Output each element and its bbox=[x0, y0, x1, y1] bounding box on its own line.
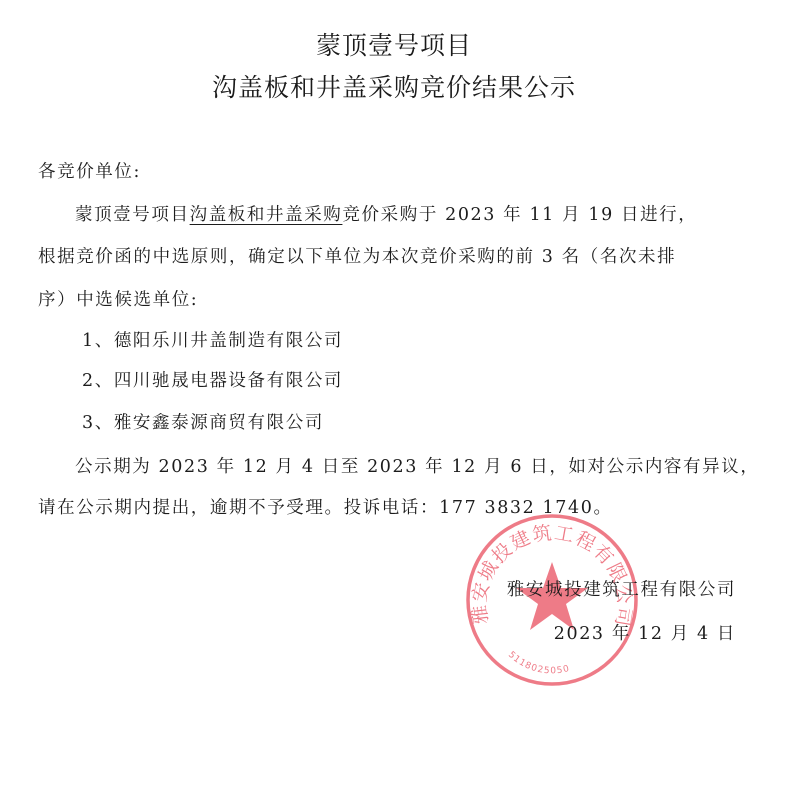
paragraph-1-line-1: 蒙顶壹号项目沟盖板和井盖采购竞价采购于 2023 年 11 月 19 日进行， bbox=[75, 203, 697, 227]
paragraph-1-line-1-rest: 竞价采购于 2023 年 11 月 19 日进行， bbox=[342, 205, 697, 225]
procurement-item-underlined: 沟盖板和井盖采购 bbox=[190, 205, 343, 225]
paragraph-1-line-2: 根据竞价函的中选原则，确定以下单位为本次竞价采购的前 3 名（名次未排 bbox=[38, 245, 676, 269]
salutation: 各竞价单位: bbox=[38, 160, 141, 184]
paragraph-1-line-3: 序）中选候选单位: bbox=[38, 288, 198, 312]
candidate-item-1: 1、德阳乐川井盖制造有限公司 bbox=[82, 329, 343, 353]
candidate-item-2: 2、四川驰晟电器设备有限公司 bbox=[82, 369, 343, 393]
seal-number: 5118025050 bbox=[506, 650, 571, 676]
candidate-item-3: 3、雅安鑫泰源商贸有限公司 bbox=[82, 411, 324, 435]
document-title-subject: 沟盖板和井盖采购竞价结果公示 bbox=[0, 68, 788, 104]
issuer-company-name: 雅安城投建筑工程有限公司 bbox=[507, 576, 736, 601]
issue-date: 2023 年 12 月 4 日 bbox=[554, 620, 736, 645]
svg-text:5118025050: 5118025050 bbox=[506, 650, 571, 676]
paragraph-2-line-2: 请在公示期内提出，逾期不予受理。投诉电话：177 3832 1740。 bbox=[38, 496, 613, 520]
paragraph-2-line-1: 公示期为 2023 年 12 月 4 日至 2023 年 12 月 6 日，如对… bbox=[75, 455, 759, 479]
project-name: 蒙顶壹号项目 bbox=[75, 205, 190, 225]
document-title-project: 蒙顶壹号项目 bbox=[0, 26, 788, 62]
